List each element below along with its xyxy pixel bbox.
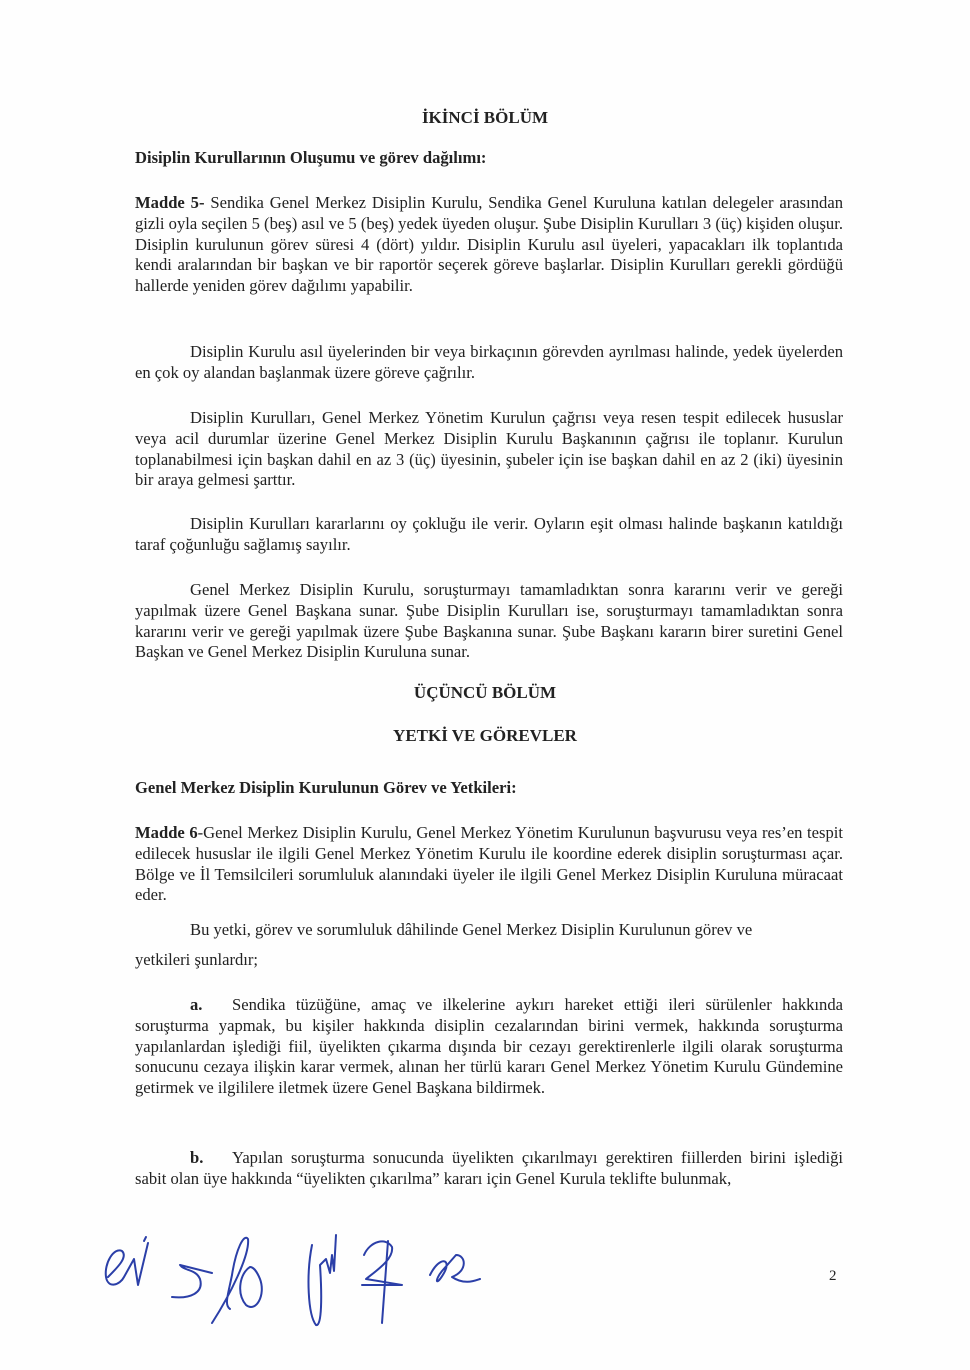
list-item-a-label: a. — [190, 995, 232, 1016]
list-item-b-label: b. — [190, 1148, 232, 1169]
article-5-label: Madde 5- — [135, 193, 205, 212]
signatures-icon — [100, 1215, 700, 1355]
section-heading-third: ÜÇÜNCÜ BÖLÜM — [0, 683, 970, 703]
article-6-text: -Genel Merkez Disiplin Kurulu, Genel Mer… — [135, 823, 843, 904]
section-heading-second: İKİNCİ BÖLÜM — [0, 108, 970, 128]
paragraph-decisions: Disiplin Kurulları kararlarını oy çokluğ… — [135, 514, 843, 556]
list-item-b-text: Yapılan soruşturma sonucunda üyelikten ç… — [135, 1148, 843, 1188]
subheading-central-board-duties: Genel Merkez Disiplin Kurulunun Görev ve… — [135, 778, 843, 799]
paragraph-substitutes: Disiplin Kurulu asıl üyelerinden bir vey… — [135, 342, 843, 384]
article-6: Madde 6-Genel Merkez Disiplin Kurulu, Ge… — [135, 823, 843, 906]
paragraph-meetings: Disiplin Kurulları, Genel Merkez Yönetim… — [135, 408, 843, 491]
list-item-b: b.Yapılan soruşturma sonucunda üyelikten… — [135, 1148, 843, 1190]
list-item-a-text: Sendika tüzüğüne, amaç ve ilkelerine ayk… — [135, 995, 843, 1097]
document-page: İKİNCİ BÖLÜM Disiplin Kurullarının Oluşu… — [0, 0, 970, 1370]
article-5-text: Sendika Genel Merkez Disiplin Kurulu, Se… — [135, 193, 843, 295]
page-number: 2 — [829, 1268, 837, 1285]
paragraph-reporting: Genel Merkez Disiplin Kurulu, soruşturma… — [135, 580, 843, 663]
article-5: Madde 5- Sendika Genel Merkez Disiplin K… — [135, 193, 843, 297]
paragraph-duties-intro-cont: yetkileri şunlardır; — [135, 950, 843, 971]
subheading-disciplinary-boards: Disiplin Kurullarının Oluşumu ve görev d… — [135, 148, 843, 169]
article-6-label: Madde 6 — [135, 823, 198, 842]
section-title-authorities: YETKİ VE GÖREVLER — [0, 726, 970, 746]
list-item-a: a.Sendika tüzüğüne, amaç ve ilkelerine a… — [135, 995, 843, 1099]
paragraph-duties-intro: Bu yetki, görev ve sorumluluk dâhilinde … — [135, 920, 843, 941]
